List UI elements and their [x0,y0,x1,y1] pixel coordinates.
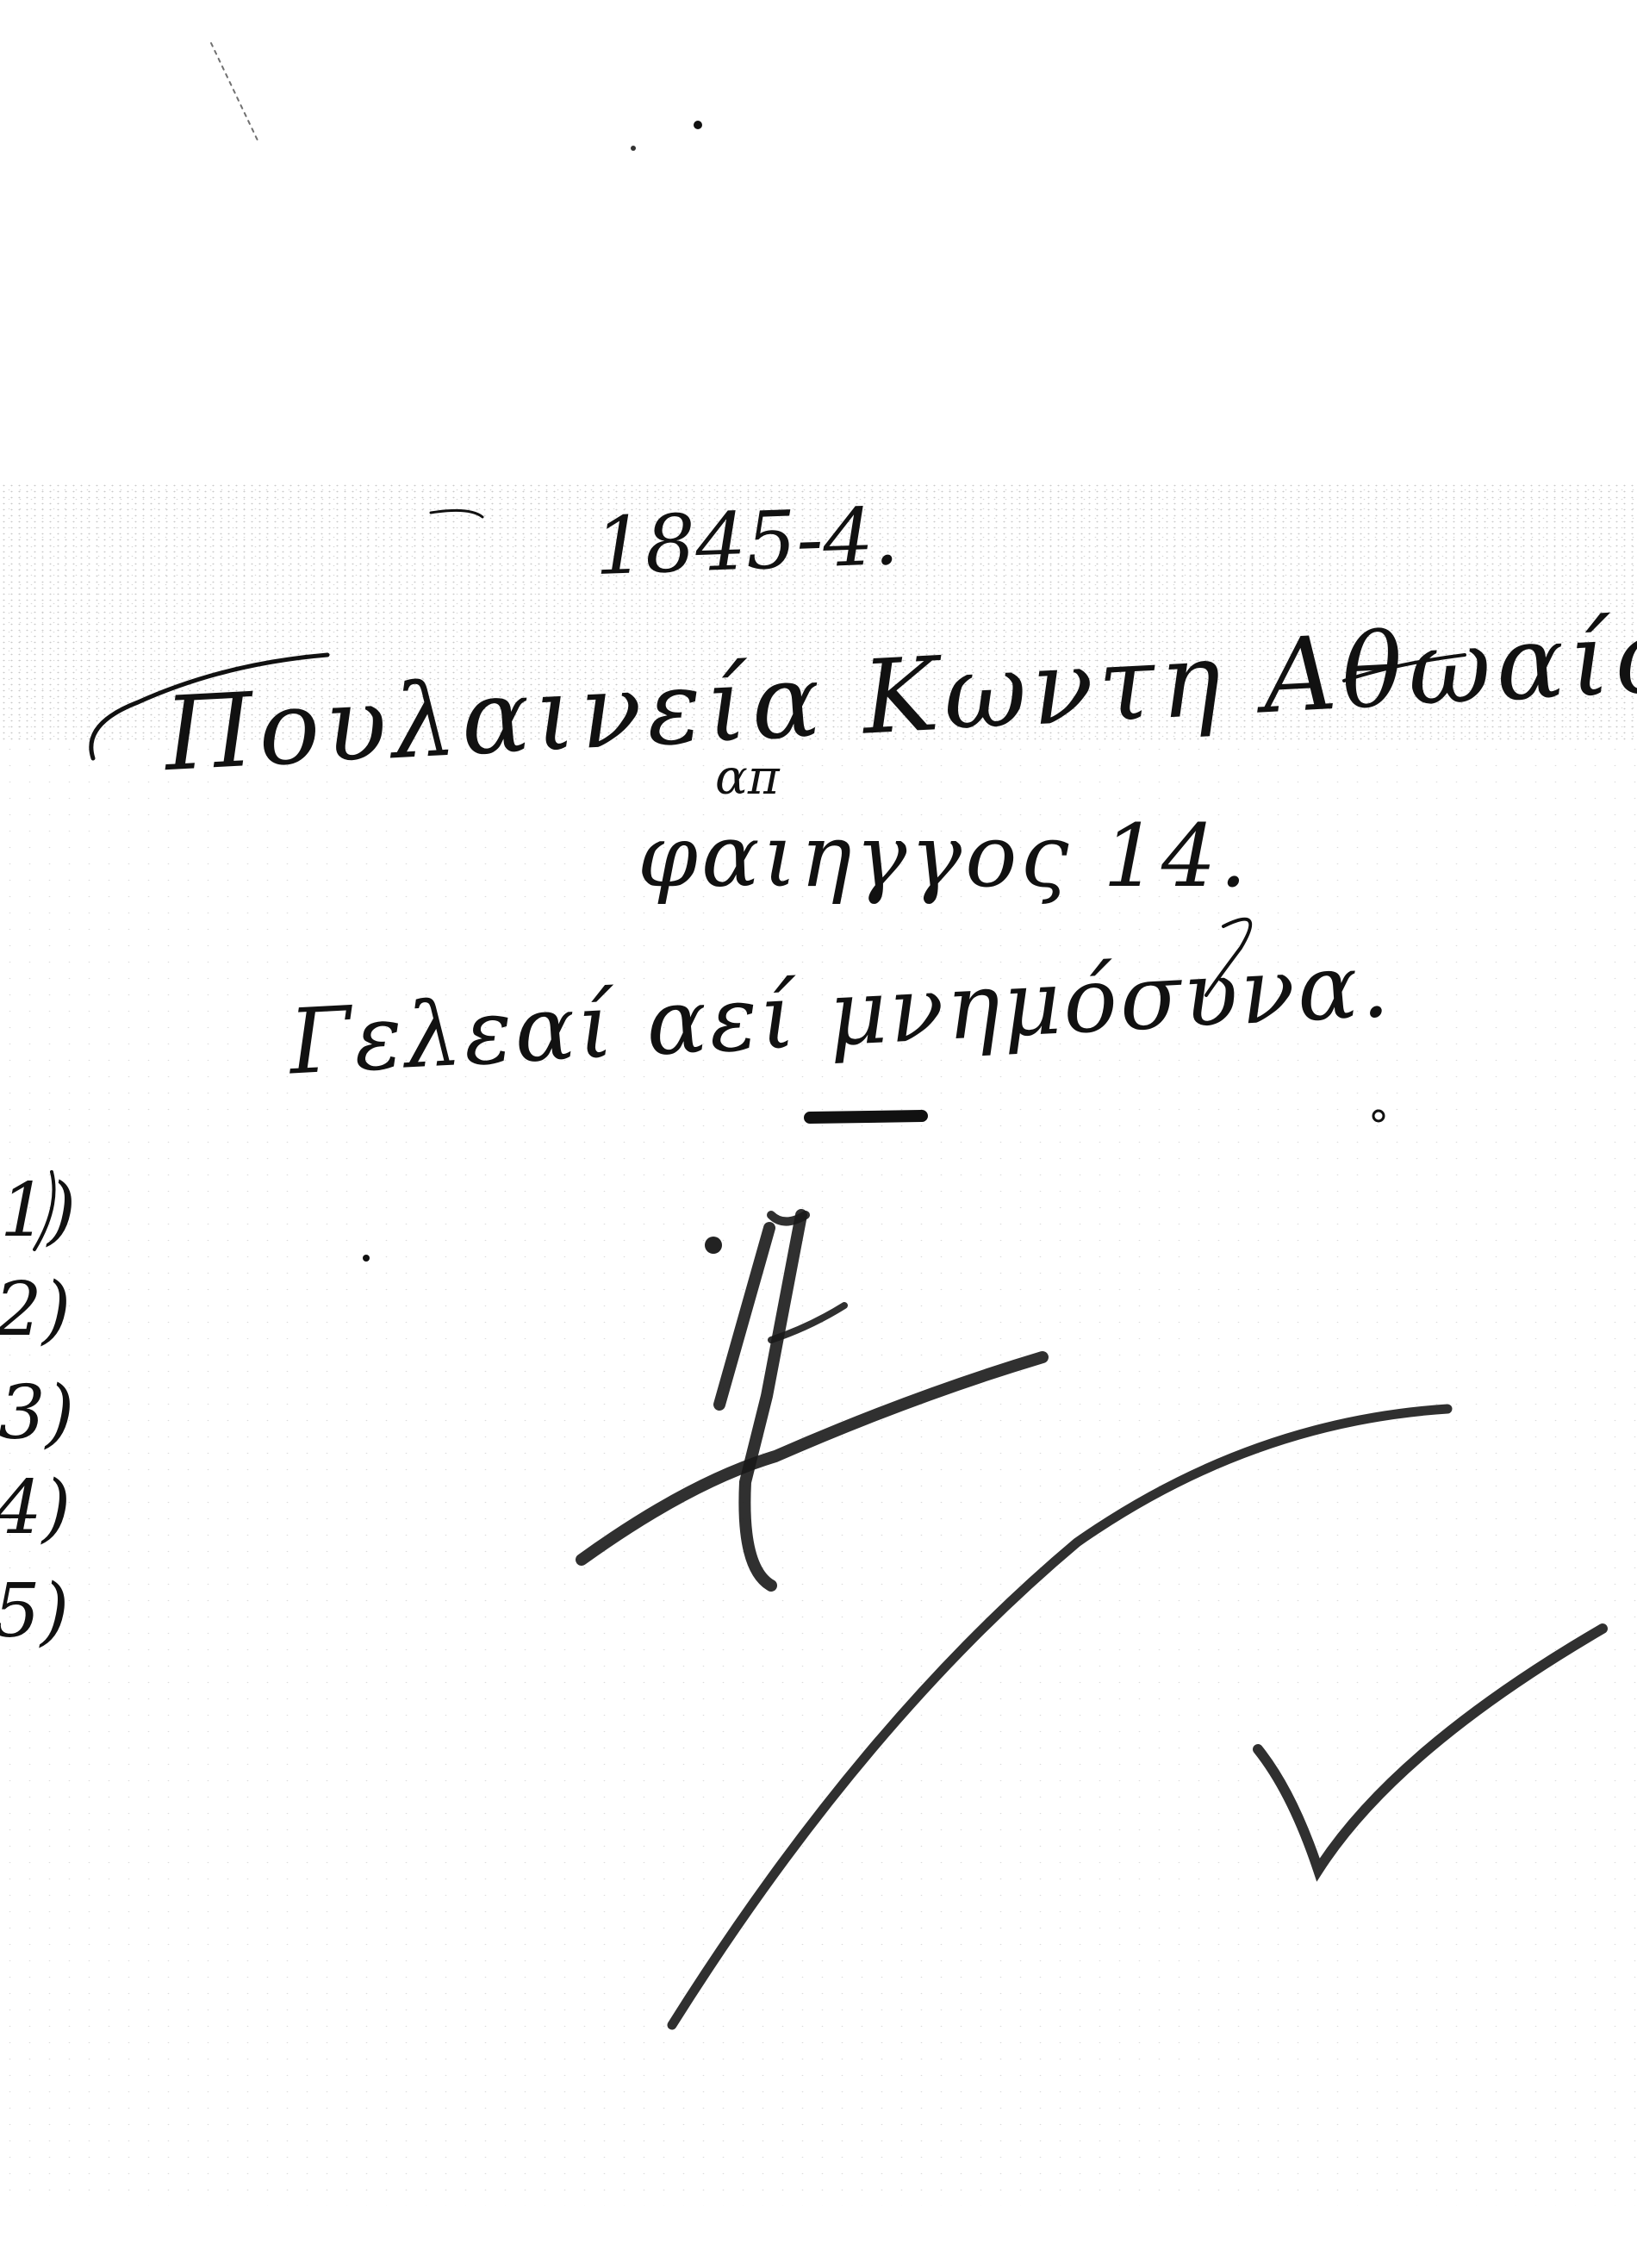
ink-speck [631,146,636,151]
decorative-arc [431,510,482,517]
closing-flourish [1206,919,1250,995]
title-tail [1344,655,1465,681]
pencil-mark-top [771,1215,806,1222]
pencil-cross-stroke [582,1357,1043,1560]
margin-brace [34,1172,54,1249]
pencil-dot [705,1237,722,1254]
pencil-mark-stroke-1 [719,1228,769,1405]
ink-marks [0,0,1637,2268]
ink-speck [363,1255,370,1262]
long-diagonal-stroke [672,1409,1447,2025]
ink-speck [694,121,702,129]
check-mark-icon [1258,1629,1603,1870]
title-swash [91,655,327,758]
scan-artifact-line [211,43,258,142]
ink-ring [1373,1111,1384,1121]
underline-dash [810,1116,922,1118]
